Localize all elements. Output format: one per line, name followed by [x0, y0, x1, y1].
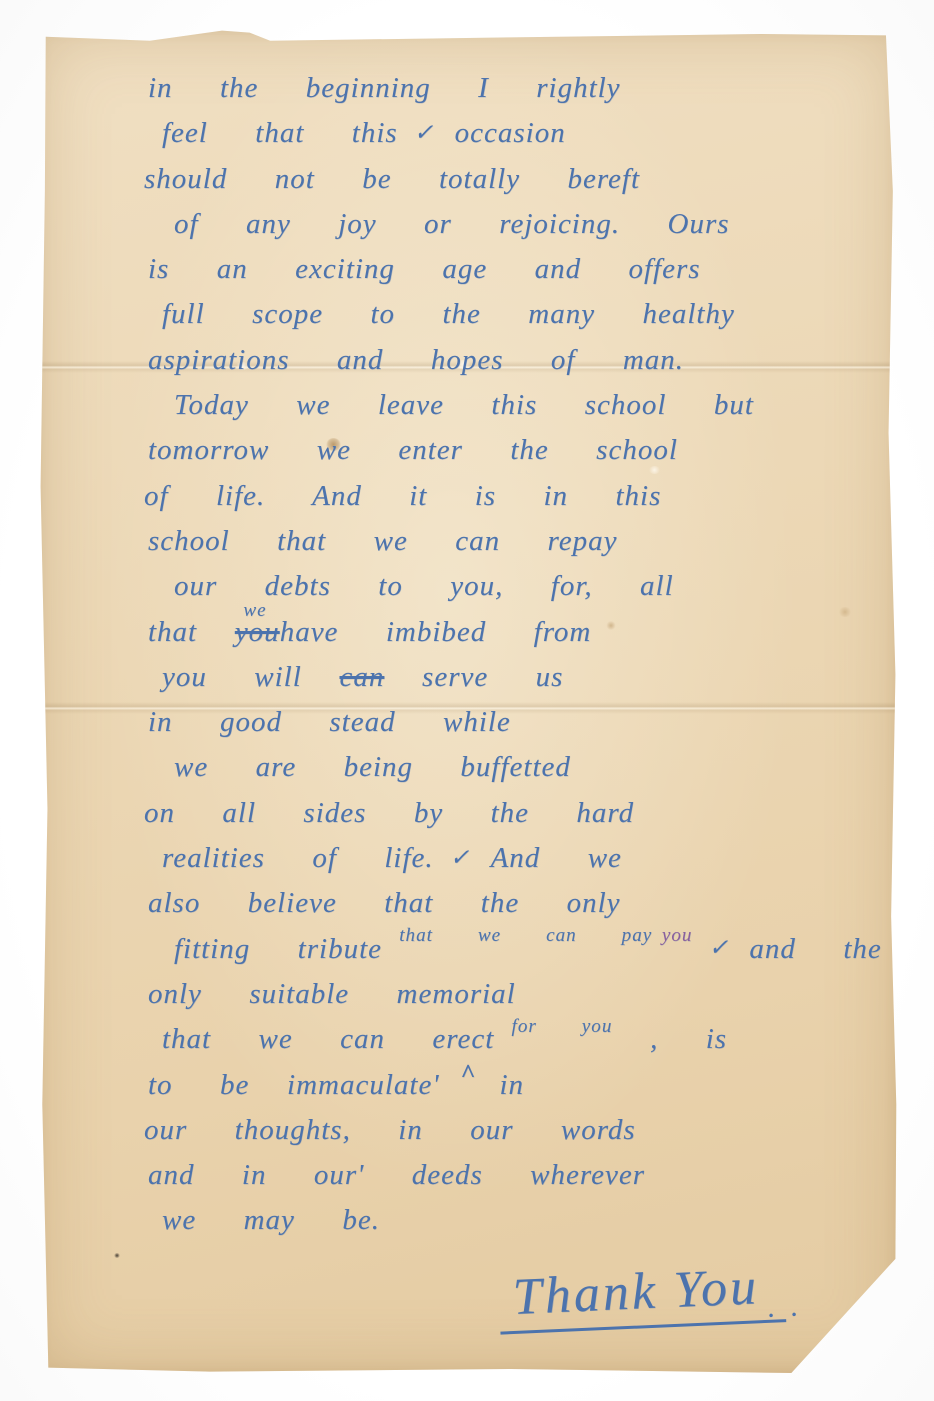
- handwritten-phrase: And we: [491, 842, 622, 875]
- handwritten-phrase: in the beginning I rightly: [148, 72, 621, 105]
- letter-line: thatweyouhave imbibed from: [148, 616, 892, 661]
- letter-line: we may be.: [162, 1204, 892, 1249]
- struck-word: can: [339, 661, 384, 694]
- handwritten-phrase: our debts to you, for, all: [174, 570, 674, 603]
- letter-line: and in our' deeds wherever: [148, 1159, 892, 1204]
- inserted-word: you: [662, 925, 693, 947]
- letter-line: school that we can repay: [148, 525, 892, 570]
- letter-paper: in the beginning I rightlyfeel that this…: [38, 30, 898, 1373]
- handwritten-phrase: you will: [162, 661, 302, 694]
- letter-line: you willcanserve us: [162, 661, 892, 706]
- handwritten-phrase: have imbibed from: [280, 616, 592, 649]
- handwritten-phrase: on all sides by the hard: [144, 797, 634, 830]
- letter-line: full scope to the many healthy: [162, 298, 892, 343]
- letter-line: is an exciting age and offers: [148, 253, 892, 298]
- handwritten-phrase: realities of life.: [162, 842, 434, 875]
- handwritten-phrase: Today we leave this school but: [174, 389, 754, 422]
- handwritten-phrase: feel that this: [162, 117, 398, 150]
- handwritten-phrase: aspirations and hopes of man.: [148, 344, 684, 377]
- handwritten-phrase: serve us: [422, 661, 563, 694]
- handwritten-phrase: our thoughts, in our words: [144, 1114, 636, 1147]
- handwritten-phrase: that we can erect: [162, 1023, 494, 1056]
- letter-line: tomorrow we enter the school: [148, 434, 892, 479]
- caret-mark: ^: [460, 1059, 476, 1089]
- letter-line: to beimmaculate'^in: [148, 1069, 892, 1114]
- handwritten-phrase: we may be.: [162, 1204, 380, 1237]
- signature: Thank You. .: [498, 1255, 803, 1336]
- handwritten-phrase: fitting tribute: [174, 933, 382, 966]
- handwritten-phrase: tomorrow we enter the school: [148, 434, 678, 467]
- handwritten-phrase: is an exciting age and offers: [148, 253, 701, 286]
- handwritten-text-block: in the beginning I rightlyfeel that this…: [148, 72, 892, 1250]
- letter-line: realities of life.✓And we: [162, 842, 892, 887]
- letter-line: feel that this✓occasion: [162, 117, 892, 162]
- letter-line: our thoughts, in our words: [144, 1114, 892, 1159]
- letter-line: fitting tributethat we can payyou✓and th…: [174, 933, 892, 978]
- letter-line: in good stead while: [148, 706, 892, 751]
- letter-line: we are being buffetted: [174, 751, 892, 796]
- check-mark: ✓: [450, 844, 470, 872]
- handwritten-phrase: should not be totally bereft: [144, 163, 640, 196]
- handwritten-phrase: and the: [749, 933, 881, 966]
- signature-text: Thank You: [498, 1256, 787, 1334]
- paper-speck: [114, 1253, 120, 1258]
- handwritten-phrase: in: [499, 1069, 524, 1102]
- handwritten-phrase: immaculate': [287, 1069, 440, 1102]
- handwritten-phrase: of life. And it is in this: [144, 480, 661, 513]
- handwritten-phrase: only suitable memorial: [148, 978, 516, 1011]
- letter-line: on all sides by the hard: [144, 797, 892, 842]
- check-mark: ✓: [709, 934, 729, 962]
- handwritten-phrase: and in our' deeds wherever: [148, 1159, 645, 1192]
- handwritten-phrase: that: [148, 616, 197, 649]
- letter-line: that we can erectfor you, is: [162, 1023, 892, 1068]
- handwritten-phrase: to be: [148, 1069, 249, 1102]
- handwritten-phrase: we are being buffetted: [174, 751, 571, 784]
- letter-line: our debts to you, for, all: [174, 570, 892, 615]
- corrected-word: weyou: [235, 616, 280, 649]
- handwritten-phrase: also believe that the only: [148, 887, 621, 920]
- letter-line: of life. And it is in this: [144, 480, 892, 525]
- signature-dots: . .: [767, 1289, 803, 1324]
- handwritten-phrase: in good stead while: [148, 706, 511, 739]
- letter-line: of any joy or rejoicing. Ours: [174, 208, 892, 253]
- letter-line: in the beginning I rightly: [148, 72, 892, 117]
- letter-line: aspirations and hopes of man.: [148, 344, 892, 389]
- handwritten-phrase: , is: [650, 1023, 727, 1056]
- letter-line: Today we leave this school but: [174, 389, 892, 434]
- inserted-word: we: [243, 600, 266, 622]
- inserted-phrase: that we can pay: [399, 925, 652, 947]
- check-mark: ✓: [414, 119, 434, 147]
- handwritten-phrase: occasion: [455, 117, 566, 150]
- handwritten-phrase: of any joy or rejoicing. Ours: [174, 208, 730, 241]
- handwritten-phrase: full scope to the many healthy: [162, 298, 735, 331]
- inserted-phrase: for you: [512, 1016, 613, 1038]
- handwritten-phrase: school that we can repay: [148, 525, 617, 558]
- letter-line: should not be totally bereft: [144, 163, 892, 208]
